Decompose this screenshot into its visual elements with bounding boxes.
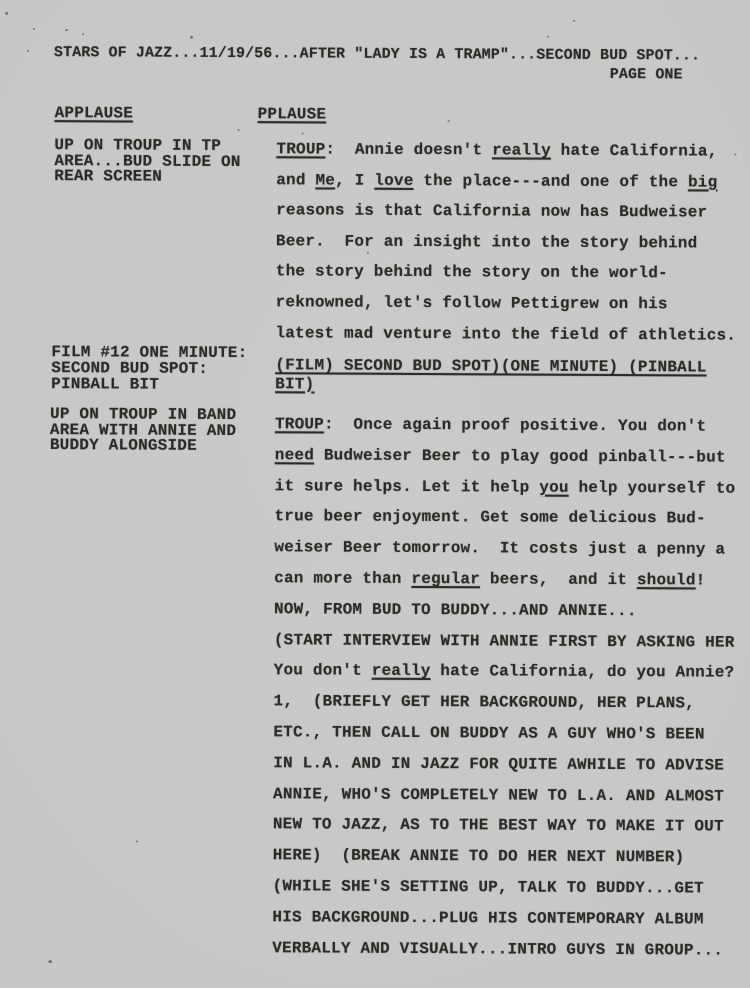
- scan-speck: [82, 33, 84, 35]
- scan-speck: [190, 36, 193, 39]
- dialogue-paragraph-2: TROUP: Once again proof positive. You do…: [272, 409, 736, 966]
- scan-speck: [65, 29, 68, 31]
- scan-speck: [302, 132, 304, 134]
- scan-speck: [448, 120, 450, 122]
- scan-speck: [547, 36, 549, 38]
- cue-film-12: FILM #12 ONE MINUTE:SECOND BUD SPOT:PINB…: [51, 345, 247, 393]
- scan-speck: [734, 154, 736, 156]
- scan-speck: [5, 12, 8, 15]
- scan-speck: [573, 20, 575, 22]
- header-title: STARS OF JAZZ...11/19/56...AFTER "LADY I…: [54, 44, 700, 64]
- scan-speck: [617, 703, 619, 705]
- scan-speck: [238, 129, 240, 131]
- scan-speck: [27, 50, 29, 52]
- applause-cue-right: PPLAUSE: [258, 105, 327, 123]
- scan-speck: [33, 28, 35, 30]
- cue-troup-tp-area: UP ON TROUP IN TPAREA...BUD SLIDE ONREAR…: [54, 138, 240, 186]
- scanned-sheet: STARS OF JAZZ...11/19/56...AFTER "LADY I…: [0, 0, 750, 988]
- film-cue-line: (FILM) SECOND BUD SPOT)(ONE MINUTE) (PIN…: [275, 356, 706, 395]
- scan-speck: [367, 252, 369, 254]
- applause-cue-left: APPLAUSE: [55, 104, 134, 122]
- scan-speck: [136, 841, 138, 843]
- cue-troup-band-area: UP ON TROUP IN BANDAREA WITH ANNIE ANDBU…: [50, 407, 236, 455]
- scan-speck: [48, 960, 52, 963]
- page-number: PAGE ONE: [610, 66, 683, 83]
- script-page: STARS OF JAZZ...11/19/56...AFTER "LADY I…: [0, 0, 750, 988]
- dialogue-paragraph-1: TROUP: Annie doesn't really hate Califor…: [275, 134, 737, 351]
